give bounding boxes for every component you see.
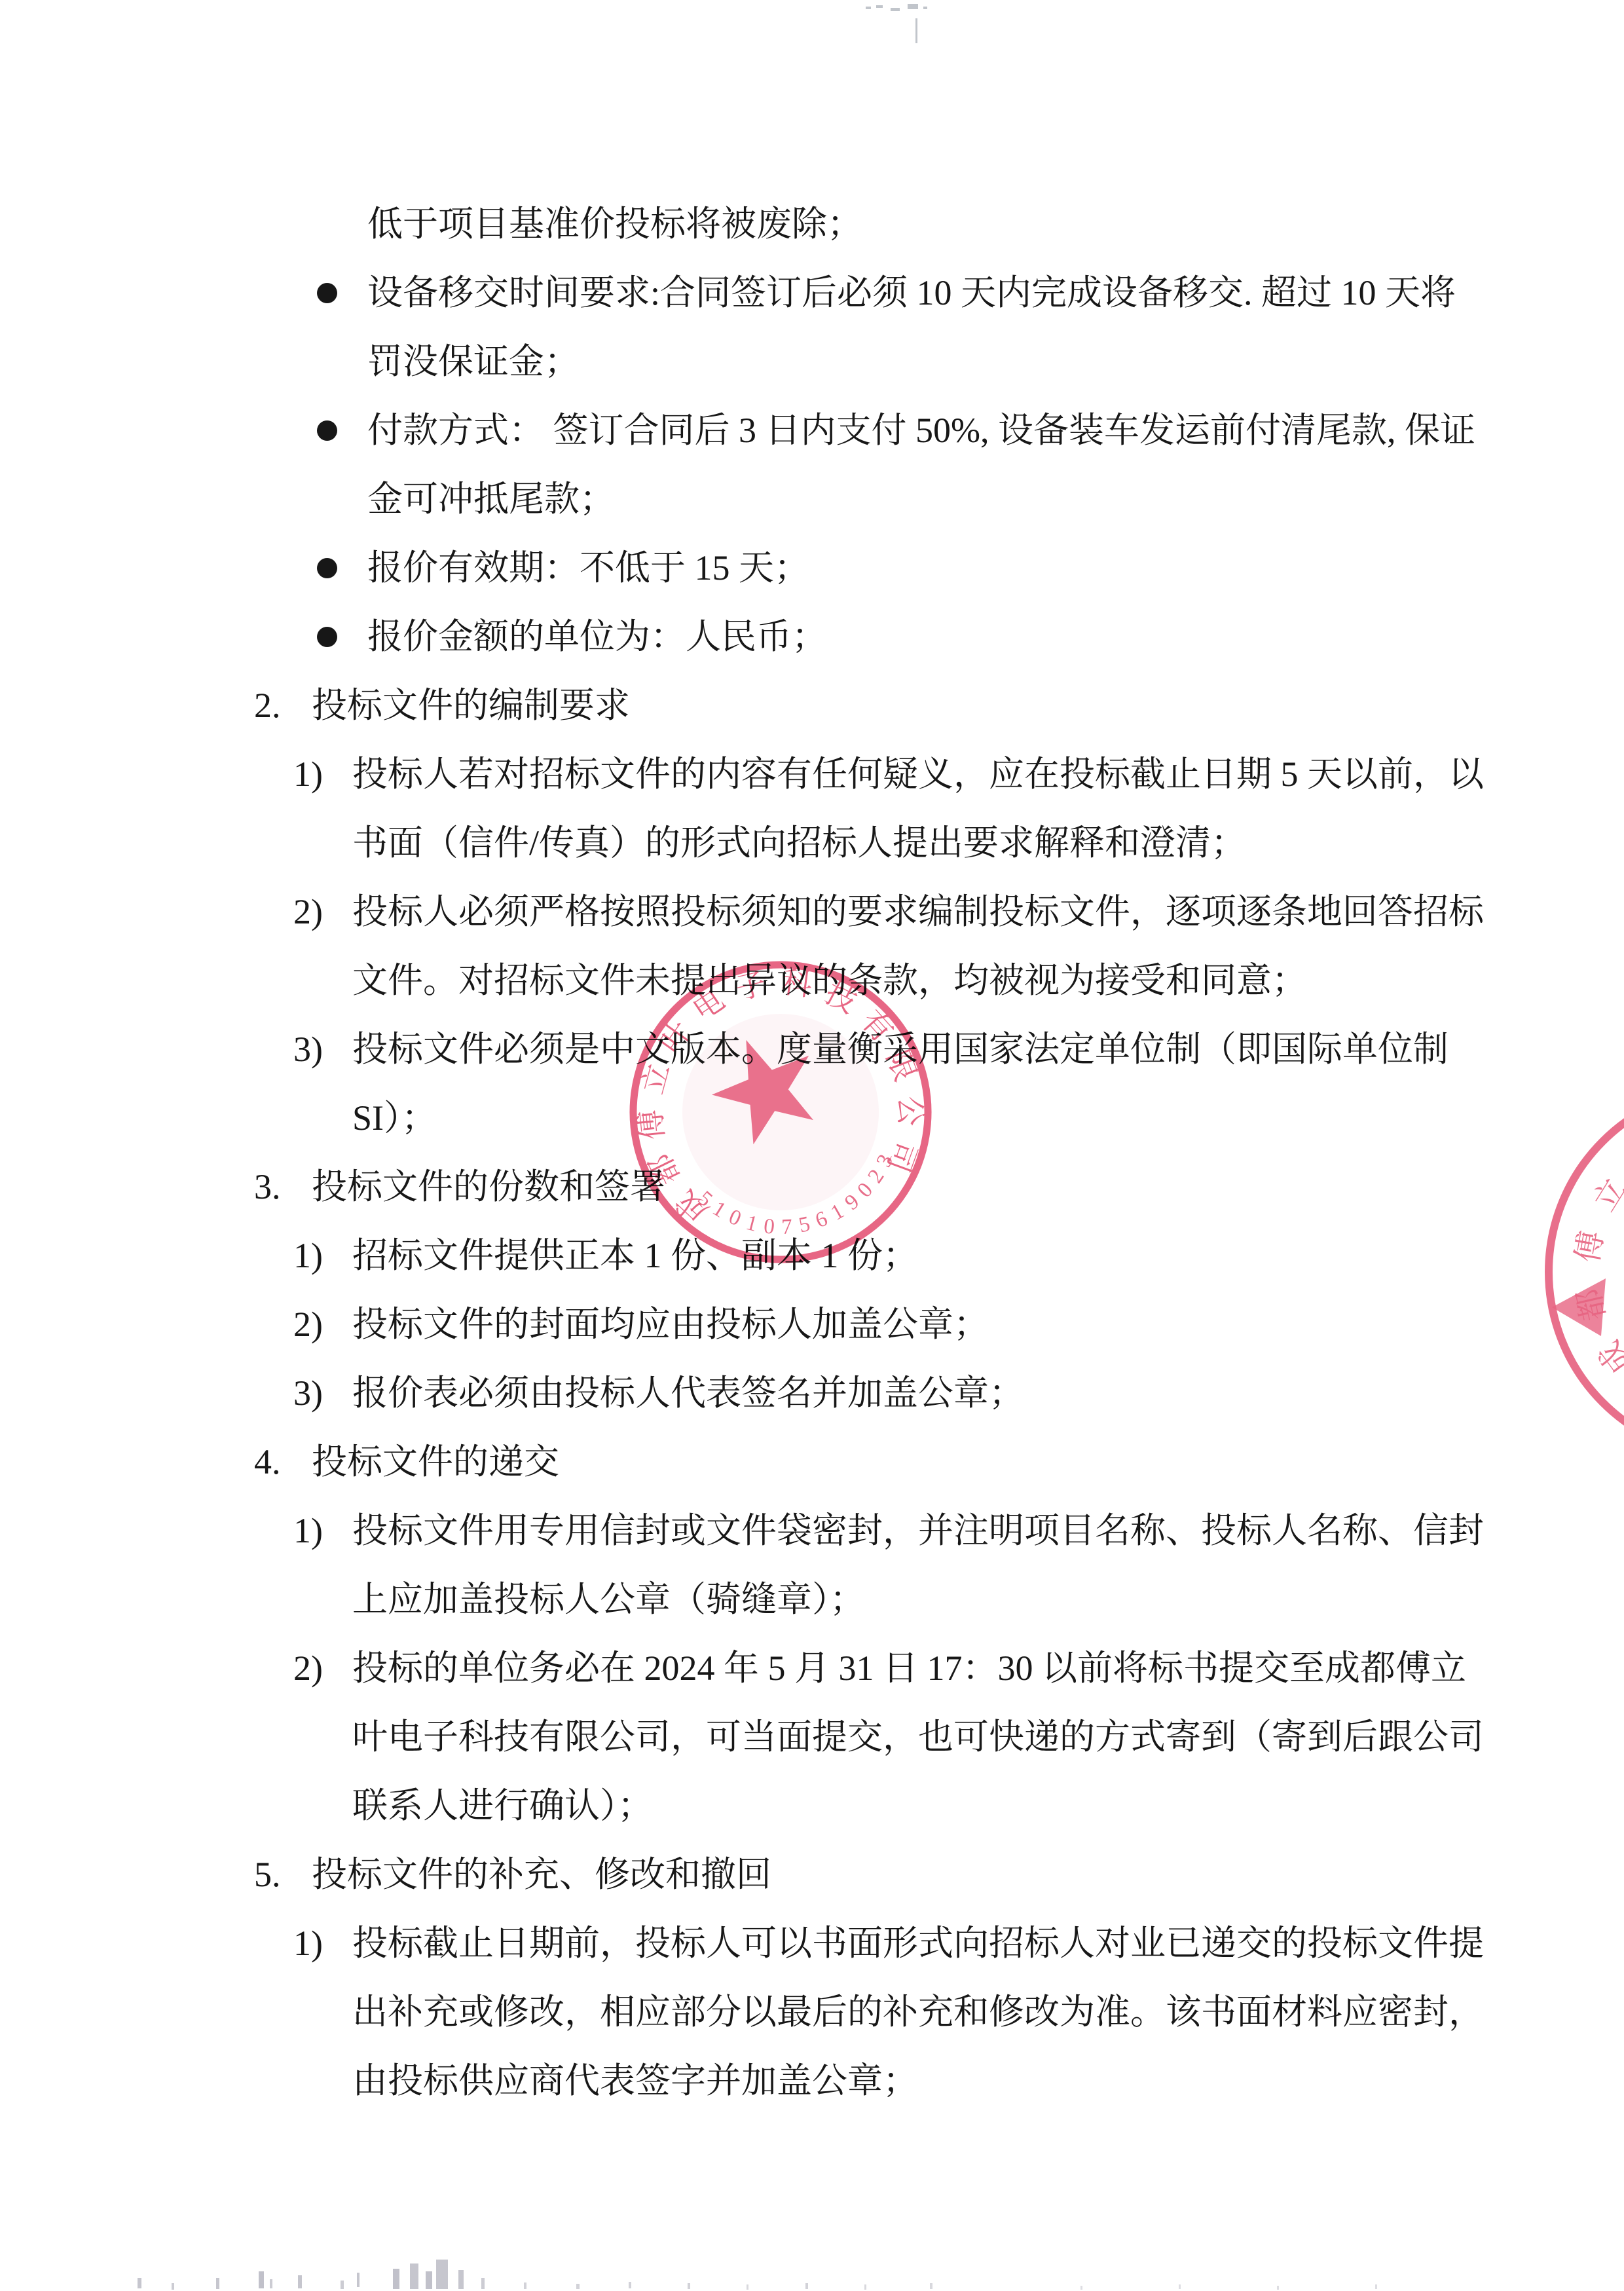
list-number: 4.: [254, 1428, 281, 1496]
list-item: 5.投标文件的补充、修改和撤回: [0, 1840, 1624, 1909]
line-text: 叶电子科技有限公司，可当面提交，也可快递的方式寄到（寄到后跟公司: [352, 1703, 1484, 1771]
text-line: 叶电子科技有限公司，可当面提交，也可快递的方式寄到（寄到后跟公司: [0, 1703, 1624, 1771]
text-line: 上应加盖投标人公章（骑缝章）；: [0, 1565, 1624, 1633]
list-item: 2)投标的单位务必在 2024 年 5 月 31 日 17：30 以前将标书提交…: [0, 1634, 1624, 1702]
line-text: 上应加盖投标人公章（骑缝章）；: [352, 1565, 865, 1633]
edge-seal-char: 傅: [1570, 1228, 1610, 1265]
text-line: 金可冲抵尾款；: [0, 465, 1624, 533]
line-text: 由投标供应商代表签字并加盖公章；: [352, 2047, 918, 2115]
list-number: 1): [293, 1221, 323, 1290]
line-text: 投标文件的编制要求: [312, 671, 630, 739]
text-line: 书面（信件/传真）的形式向招标人提出要求解释和澄清；: [0, 809, 1624, 877]
list-item: 付款方式： 签订合同后 3 日内支付 50%, 设备装车发运前付清尾款, 保证: [0, 396, 1624, 464]
list-item: 1)投标文件用专用信封或文件袋密封，并注明项目名称、投标人名称、信封: [0, 1497, 1624, 1565]
list-item: 3)报价表必须由投标人代表签名并加盖公章；: [0, 1359, 1624, 1427]
edge-seal-ring: [1549, 1087, 1624, 1457]
line-text: 投标文件的补充、修改和撤回: [312, 1840, 771, 1909]
line-text: 投标截止日期前，投标人可以书面形式向招标人对业已递交的投标文件提: [352, 1909, 1484, 1977]
list-number: 5.: [254, 1840, 281, 1909]
list-number: 2.: [254, 671, 281, 739]
list-number: 2): [293, 1634, 323, 1702]
bullet-dot: [317, 420, 337, 441]
text-line: 由投标供应商代表签字并加盖公章；: [0, 2047, 1624, 2115]
line-text: 联系人进行确认）；: [352, 1772, 653, 1840]
list-number: 1): [293, 740, 323, 808]
line-text: 出补充或修改，相应部分以最后的补充和修改为准。该书面材料应密封，: [352, 1978, 1484, 2046]
line-text: SI）；: [352, 1084, 437, 1152]
line-text: 投标文件的递交: [312, 1428, 559, 1496]
bullet-dot: [317, 283, 337, 303]
list-number: 2): [293, 1290, 323, 1358]
text-line: 联系人进行确认）；: [0, 1772, 1624, 1840]
line-text: 投标文件用专用信封或文件袋密封，并注明项目名称、投标人名称、信封: [352, 1497, 1484, 1565]
list-number: 3.: [254, 1153, 281, 1221]
line-text: 投标人若对招标文件的内容有任何疑义，应在投标截止日期 5 天以前，以: [352, 740, 1484, 808]
scanned-tender-document-page: 低于项目基准价投标将被废除；设备移交时间要求:合同签订后必须 10 天内完成设备…: [0, 0, 1624, 2291]
list-number: 3): [293, 1359, 323, 1427]
text-line: 出补充或修改，相应部分以最后的补充和修改为准。该书面材料应密封，: [0, 1978, 1624, 2046]
edge-seal-char: 立: [1587, 1172, 1624, 1218]
text-line: 低于项目基准价投标将被废除；: [0, 190, 1624, 258]
list-item: 1)投标人若对招标文件的内容有任何疑义，应在投标截止日期 5 天以前，以: [0, 740, 1624, 808]
line-text: 金可冲抵尾款；: [367, 465, 615, 533]
edge-seal-char: 都: [1571, 1286, 1612, 1324]
list-item: 设备移交时间要求:合同签订后必须 10 天内完成设备移交. 超过 10 天将: [0, 259, 1624, 327]
edge-partial-stamp: 叶立傅都成: [1454, 1048, 1624, 1506]
line-text: 低于项目基准价投标将被废除；: [367, 190, 862, 258]
list-number: 1): [293, 1909, 323, 1977]
list-number: 1): [293, 1497, 323, 1565]
company-seal-stamp: 成都傅立叶电子科技有限公司 5101075619023: [578, 909, 984, 1315]
bullet-dot: [317, 558, 337, 578]
line-text: 付款方式： 签订合同后 3 日内支付 50%, 设备装车发运前付清尾款, 保证: [367, 396, 1475, 464]
bullet-dot: [317, 627, 337, 647]
text-line: 罚没保证金；: [0, 327, 1624, 396]
list-number: 2): [293, 878, 323, 946]
line-text: 投标的单位务必在 2024 年 5 月 31 日 17：30 以前将标书提交至成…: [352, 1634, 1466, 1702]
list-item: 2.投标文件的编制要求: [0, 671, 1624, 739]
list-item: 4.投标文件的递交: [0, 1428, 1624, 1496]
line-text: 报价有效期：不低于 15 天；: [367, 534, 809, 602]
line-text: 报价金额的单位为：人民币；: [367, 603, 827, 671]
list-number: 3): [293, 1015, 323, 1083]
line-text: 报价表必须由投标人代表签名并加盖公章；: [352, 1359, 1024, 1427]
list-item: 报价有效期：不低于 15 天；: [0, 534, 1624, 602]
list-item: 报价金额的单位为：人民币；: [0, 603, 1624, 671]
line-text: 书面（信件/传真）的形式向招标人提出要求解释和澄清；: [352, 809, 1246, 877]
list-item: 1)投标截止日期前，投标人可以书面形式向招标人对业已递交的投标文件提: [0, 1909, 1624, 1977]
edge-seal-char: 成: [1593, 1335, 1624, 1381]
line-text: 罚没保证金；: [367, 327, 580, 396]
seal-group: 成都傅立叶电子科技有限公司 5101075619023: [606, 937, 955, 1287]
line-text: 设备移交时间要求:合同签订后必须 10 天内完成设备移交. 超过 10 天将: [367, 259, 1456, 327]
